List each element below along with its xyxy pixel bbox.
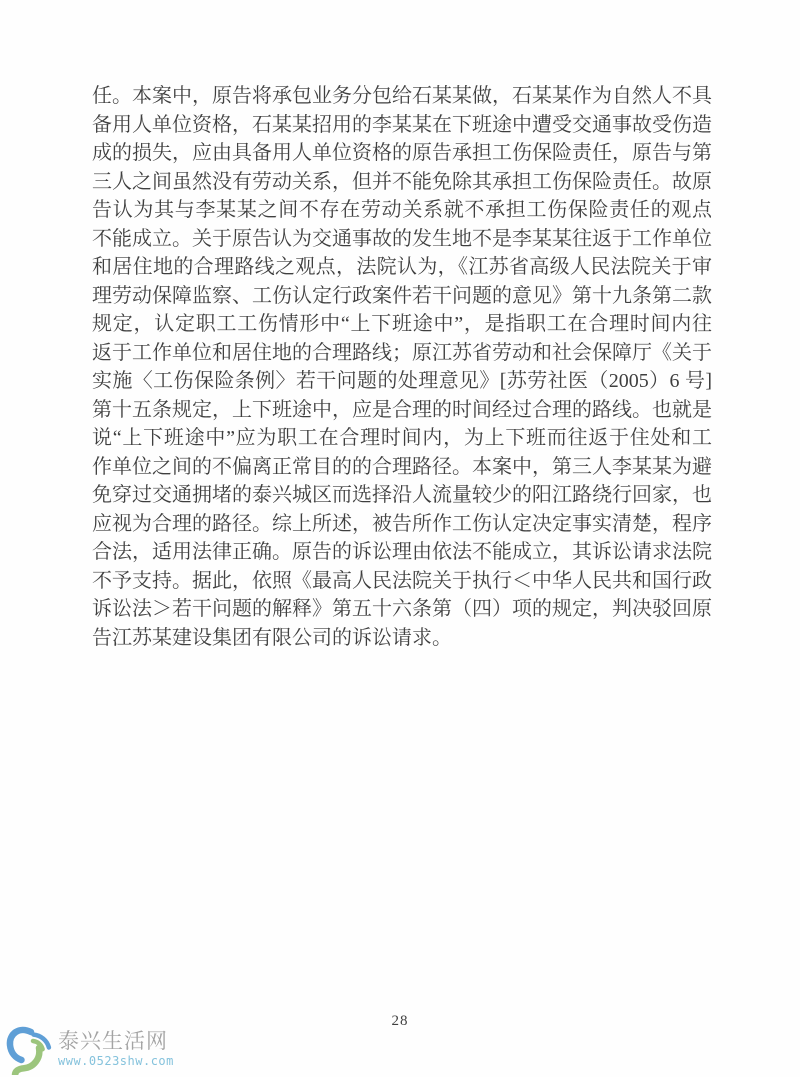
watermark-site-url: www.0523shw.com: [58, 1054, 174, 1068]
text-line: 返于工作单位和居住地的合理路线；原江苏省劳动和社会保障厅《关于: [92, 339, 712, 368]
text-line: 告江苏某建设集团有限公司的诉讼请求。: [92, 624, 712, 653]
watermark-text: 泰兴生活网 www.0523shw.com: [58, 1025, 174, 1068]
text-line: 第十五条规定，上下班途中，应是合理的时间经过合理的路线。也就是: [92, 396, 712, 425]
text-line: 告认为其与李某某之间不存在劳动关系就不承担工伤保险责任的观点: [92, 196, 712, 225]
text-line: 三人之间虽然没有劳动关系，但并不能免除其承担工伤保险责任。故原: [92, 168, 712, 197]
text-line: 实施〈工伤保险条例〉若干问题的处理意见》[苏劳社医（2005）6 号]: [92, 367, 712, 396]
text-line: 和居住地的合理路线之观点，法院认为，《江苏省高级人民法院关于审: [92, 253, 712, 282]
text-line: 合法，适用法律正确。原告的诉讼理由依法不能成立，其诉讼请求法院: [92, 538, 712, 567]
text-line: 任。本案中，原告将承包业务分包给石某某做，石某某作为自然人不具: [92, 82, 712, 111]
text-line: 备用人单位资格，石某某招用的李某某在下班途中遭受交通事故受伤造: [92, 111, 712, 140]
text-line: 规定，认定职工工伤情形中“上下班途中”，是指职工在合理时间内往: [92, 310, 712, 339]
text-line: 应视为合理的路径。综上所述，被告所作工伤认定决定事实清楚，程序: [92, 510, 712, 539]
watermark-site-name: 泰兴生活网: [58, 1030, 174, 1054]
text-line: 诉讼法＞若干问题的解释》第五十六条第（四）项的规定，判决驳回原: [92, 595, 712, 624]
taixing-life-logo-icon: [5, 1025, 54, 1075]
judgment-text-block: 任。本案中，原告将承包业务分包给石某某做，石某某作为自然人不具 备用人单位资格，…: [92, 82, 712, 652]
text-line: 免穿过交通拥堵的泰兴城区而选择沿人流量较少的阳江路绕行回家，也: [92, 481, 712, 510]
text-line: 理劳动保障监察、工伤认定行政案件若干问题的意见》第十九条第二款: [92, 282, 712, 311]
scanned-document-page: 任。本案中，原告将承包业务分包给石某某做，石某某作为自然人不具 备用人单位资格，…: [0, 0, 800, 1077]
text-line: 说“上下班途中”应为职工在合理时间内，为上下班而往返于住处和工: [92, 424, 712, 453]
text-line: 成的损失，应由具备用人单位资格的原告承担工伤保险责任，原告与第: [92, 139, 712, 168]
text-line: 不能成立。关于原告认为交通事故的发生地不是李某某往返于工作单位: [92, 225, 712, 254]
site-watermark: 泰兴生活网 www.0523shw.com: [5, 1025, 174, 1075]
text-line: 作单位之间的不偏离正常目的的合理路径。本案中，第三人李某某为避: [92, 453, 712, 482]
text-line: 不予支持。据此，依照《最高人民法院关于执行＜中华人民共和国行政: [92, 567, 712, 596]
